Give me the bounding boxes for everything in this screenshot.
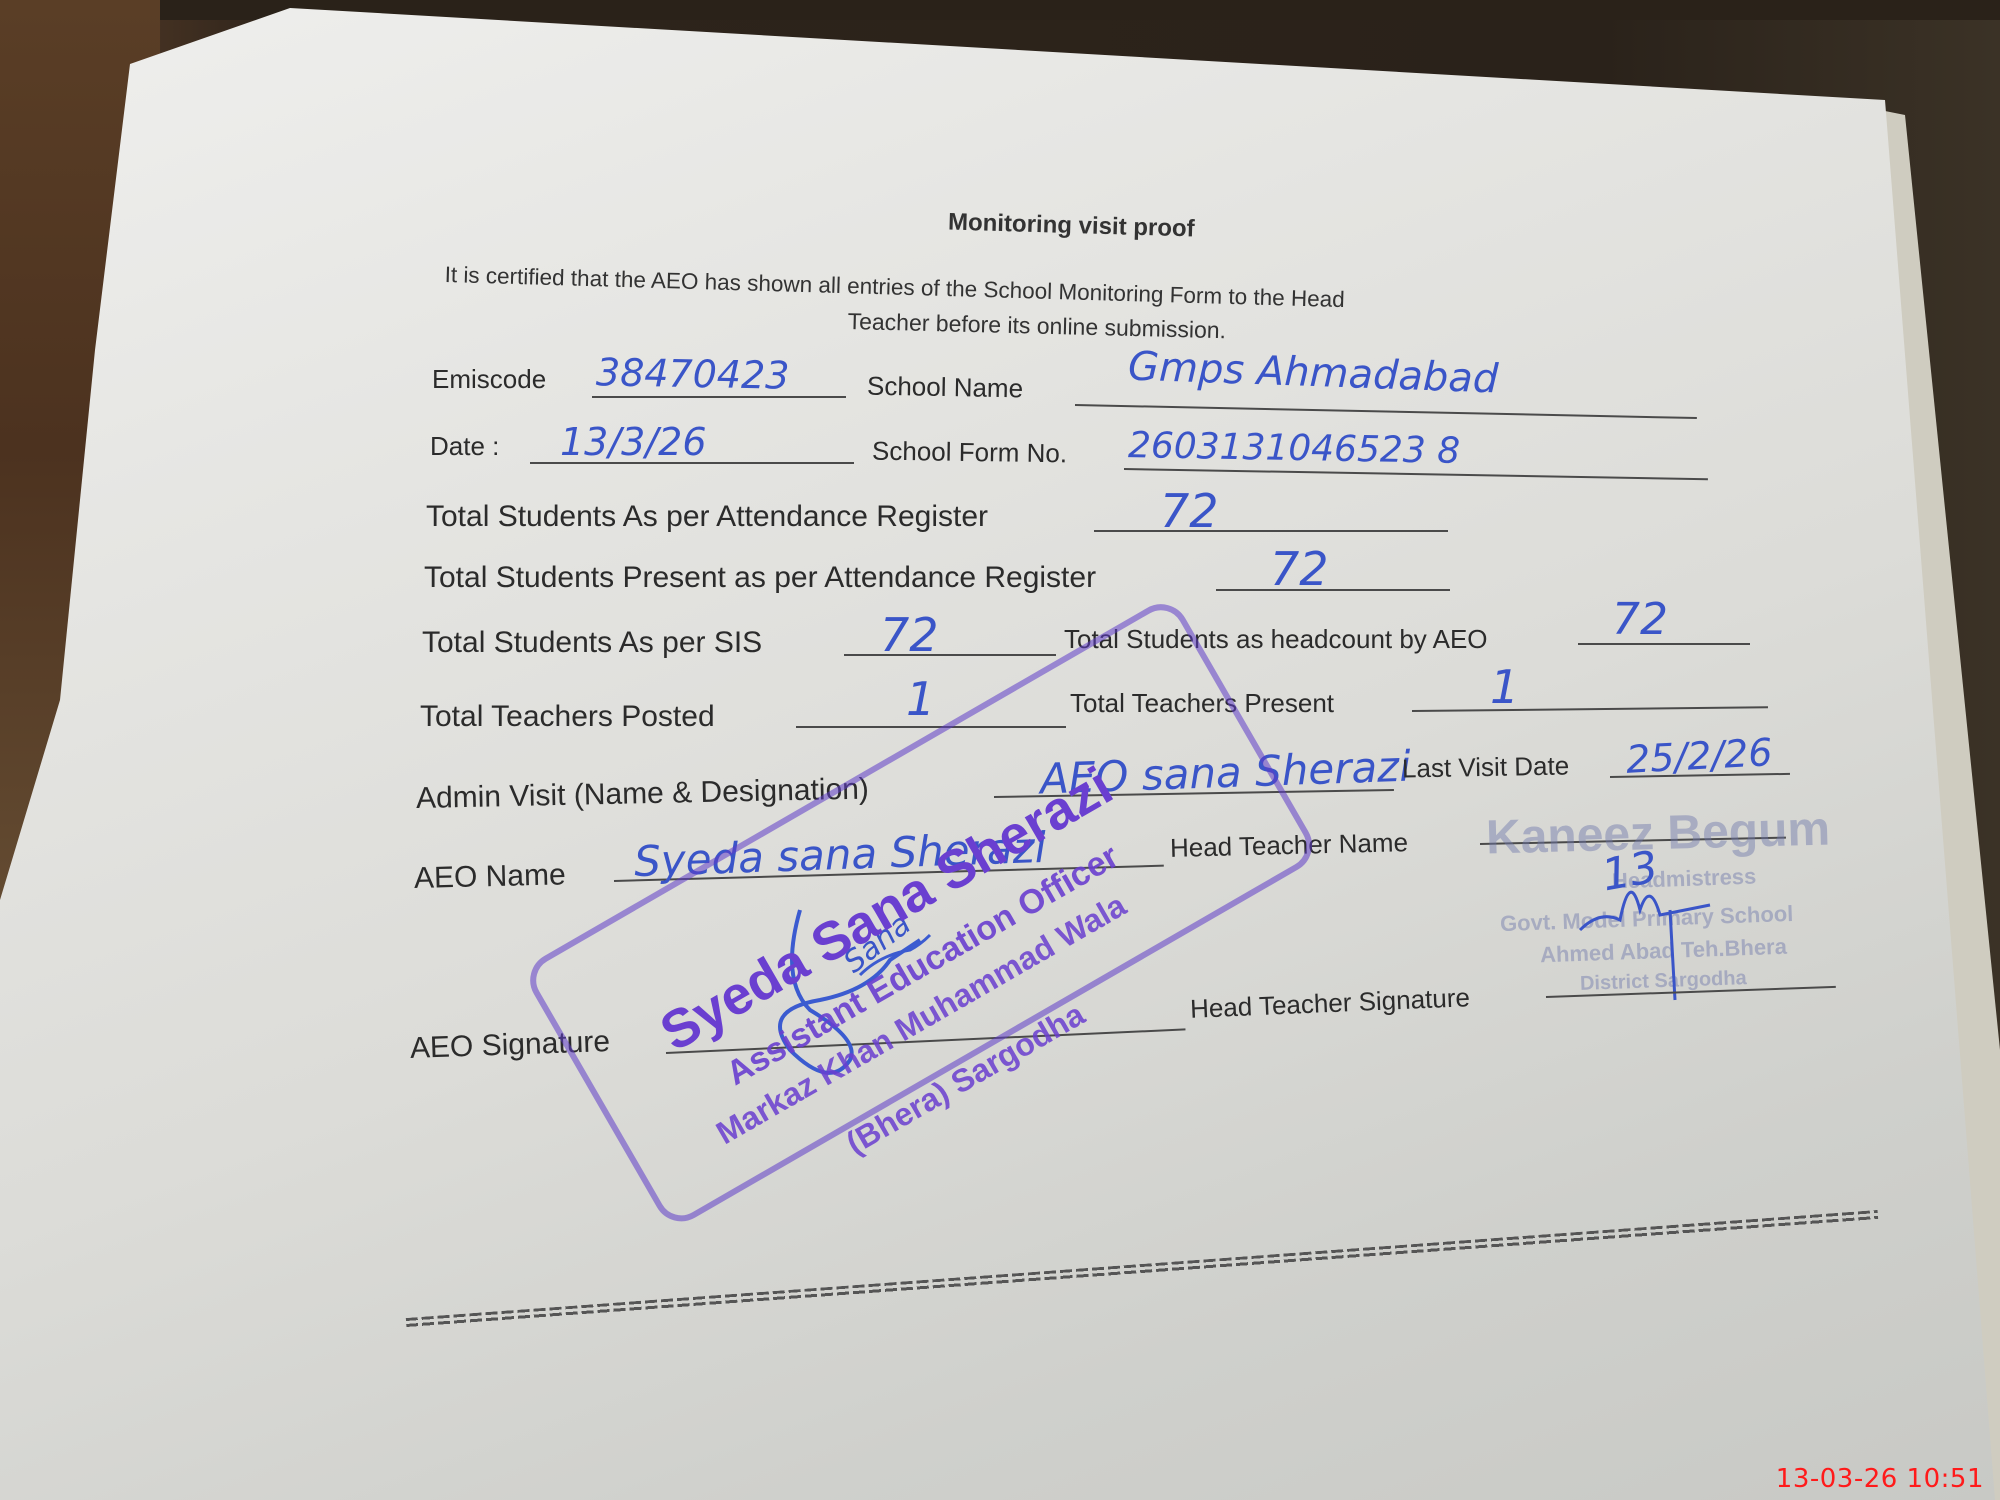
aeo-name-label: AEO Name — [414, 858, 567, 896]
last-visit-date-label: Last Visit Date — [1402, 751, 1570, 785]
school-name-label: School Name — [867, 371, 1024, 405]
date-label: Date : — [430, 431, 499, 462]
separator-line — [406, 1210, 1879, 1328]
camera-timestamp: 13-03-26 10:51 — [1776, 1464, 1984, 1494]
school-name-line — [1075, 404, 1697, 419]
head-teacher-signature-label: Head Teacher Signature — [1189, 982, 1470, 1025]
school-form-no-label: School Form No. — [872, 436, 1067, 470]
emiscode-label: Emiscode — [432, 364, 546, 395]
emiscode-value[interactable]: 38470423 — [596, 350, 790, 397]
total-students-register-line — [1094, 530, 1448, 532]
form-content: Monitoring visit proof It is certified t… — [0, 0, 2000, 1500]
total-present-register-value[interactable]: 72 — [1270, 542, 1329, 596]
total-present-register-line — [1216, 589, 1450, 591]
head-teacher-signature-scribble — [1560, 850, 1760, 1010]
certification-text-line2: Teacher before its online submission. — [847, 308, 1226, 344]
total-students-sis-value[interactable]: 72 — [880, 608, 939, 662]
total-present-register-label: Total Students Present as per Attendance… — [424, 561, 1096, 595]
school-form-no-value[interactable]: 2603131046523 8 — [1128, 425, 1461, 472]
total-teachers-present-value[interactable]: 1 — [1490, 660, 1519, 714]
total-teachers-posted-label: Total Teachers Posted — [420, 700, 715, 734]
date-value[interactable]: 13/3/26 — [560, 420, 707, 464]
school-name-value[interactable]: Gmps Ahmadabad — [1127, 344, 1499, 403]
total-teachers-posted-value[interactable]: 1 — [906, 672, 935, 726]
total-headcount-aeo-value[interactable]: 72 — [1612, 594, 1668, 645]
total-students-sis-line — [844, 654, 1056, 656]
total-teachers-present-line — [1412, 706, 1768, 712]
certification-text-line1: It is certified that the AEO has shown a… — [444, 262, 1345, 313]
total-students-register-value[interactable]: 72 — [1160, 484, 1219, 538]
total-students-register-label: Total Students As per Attendance Registe… — [426, 500, 988, 534]
document-title: Monitoring visit proof — [948, 209, 1195, 244]
total-students-sis-label: Total Students As per SIS — [422, 626, 762, 660]
last-visit-date-value[interactable]: 25/2/26 — [1625, 730, 1774, 782]
